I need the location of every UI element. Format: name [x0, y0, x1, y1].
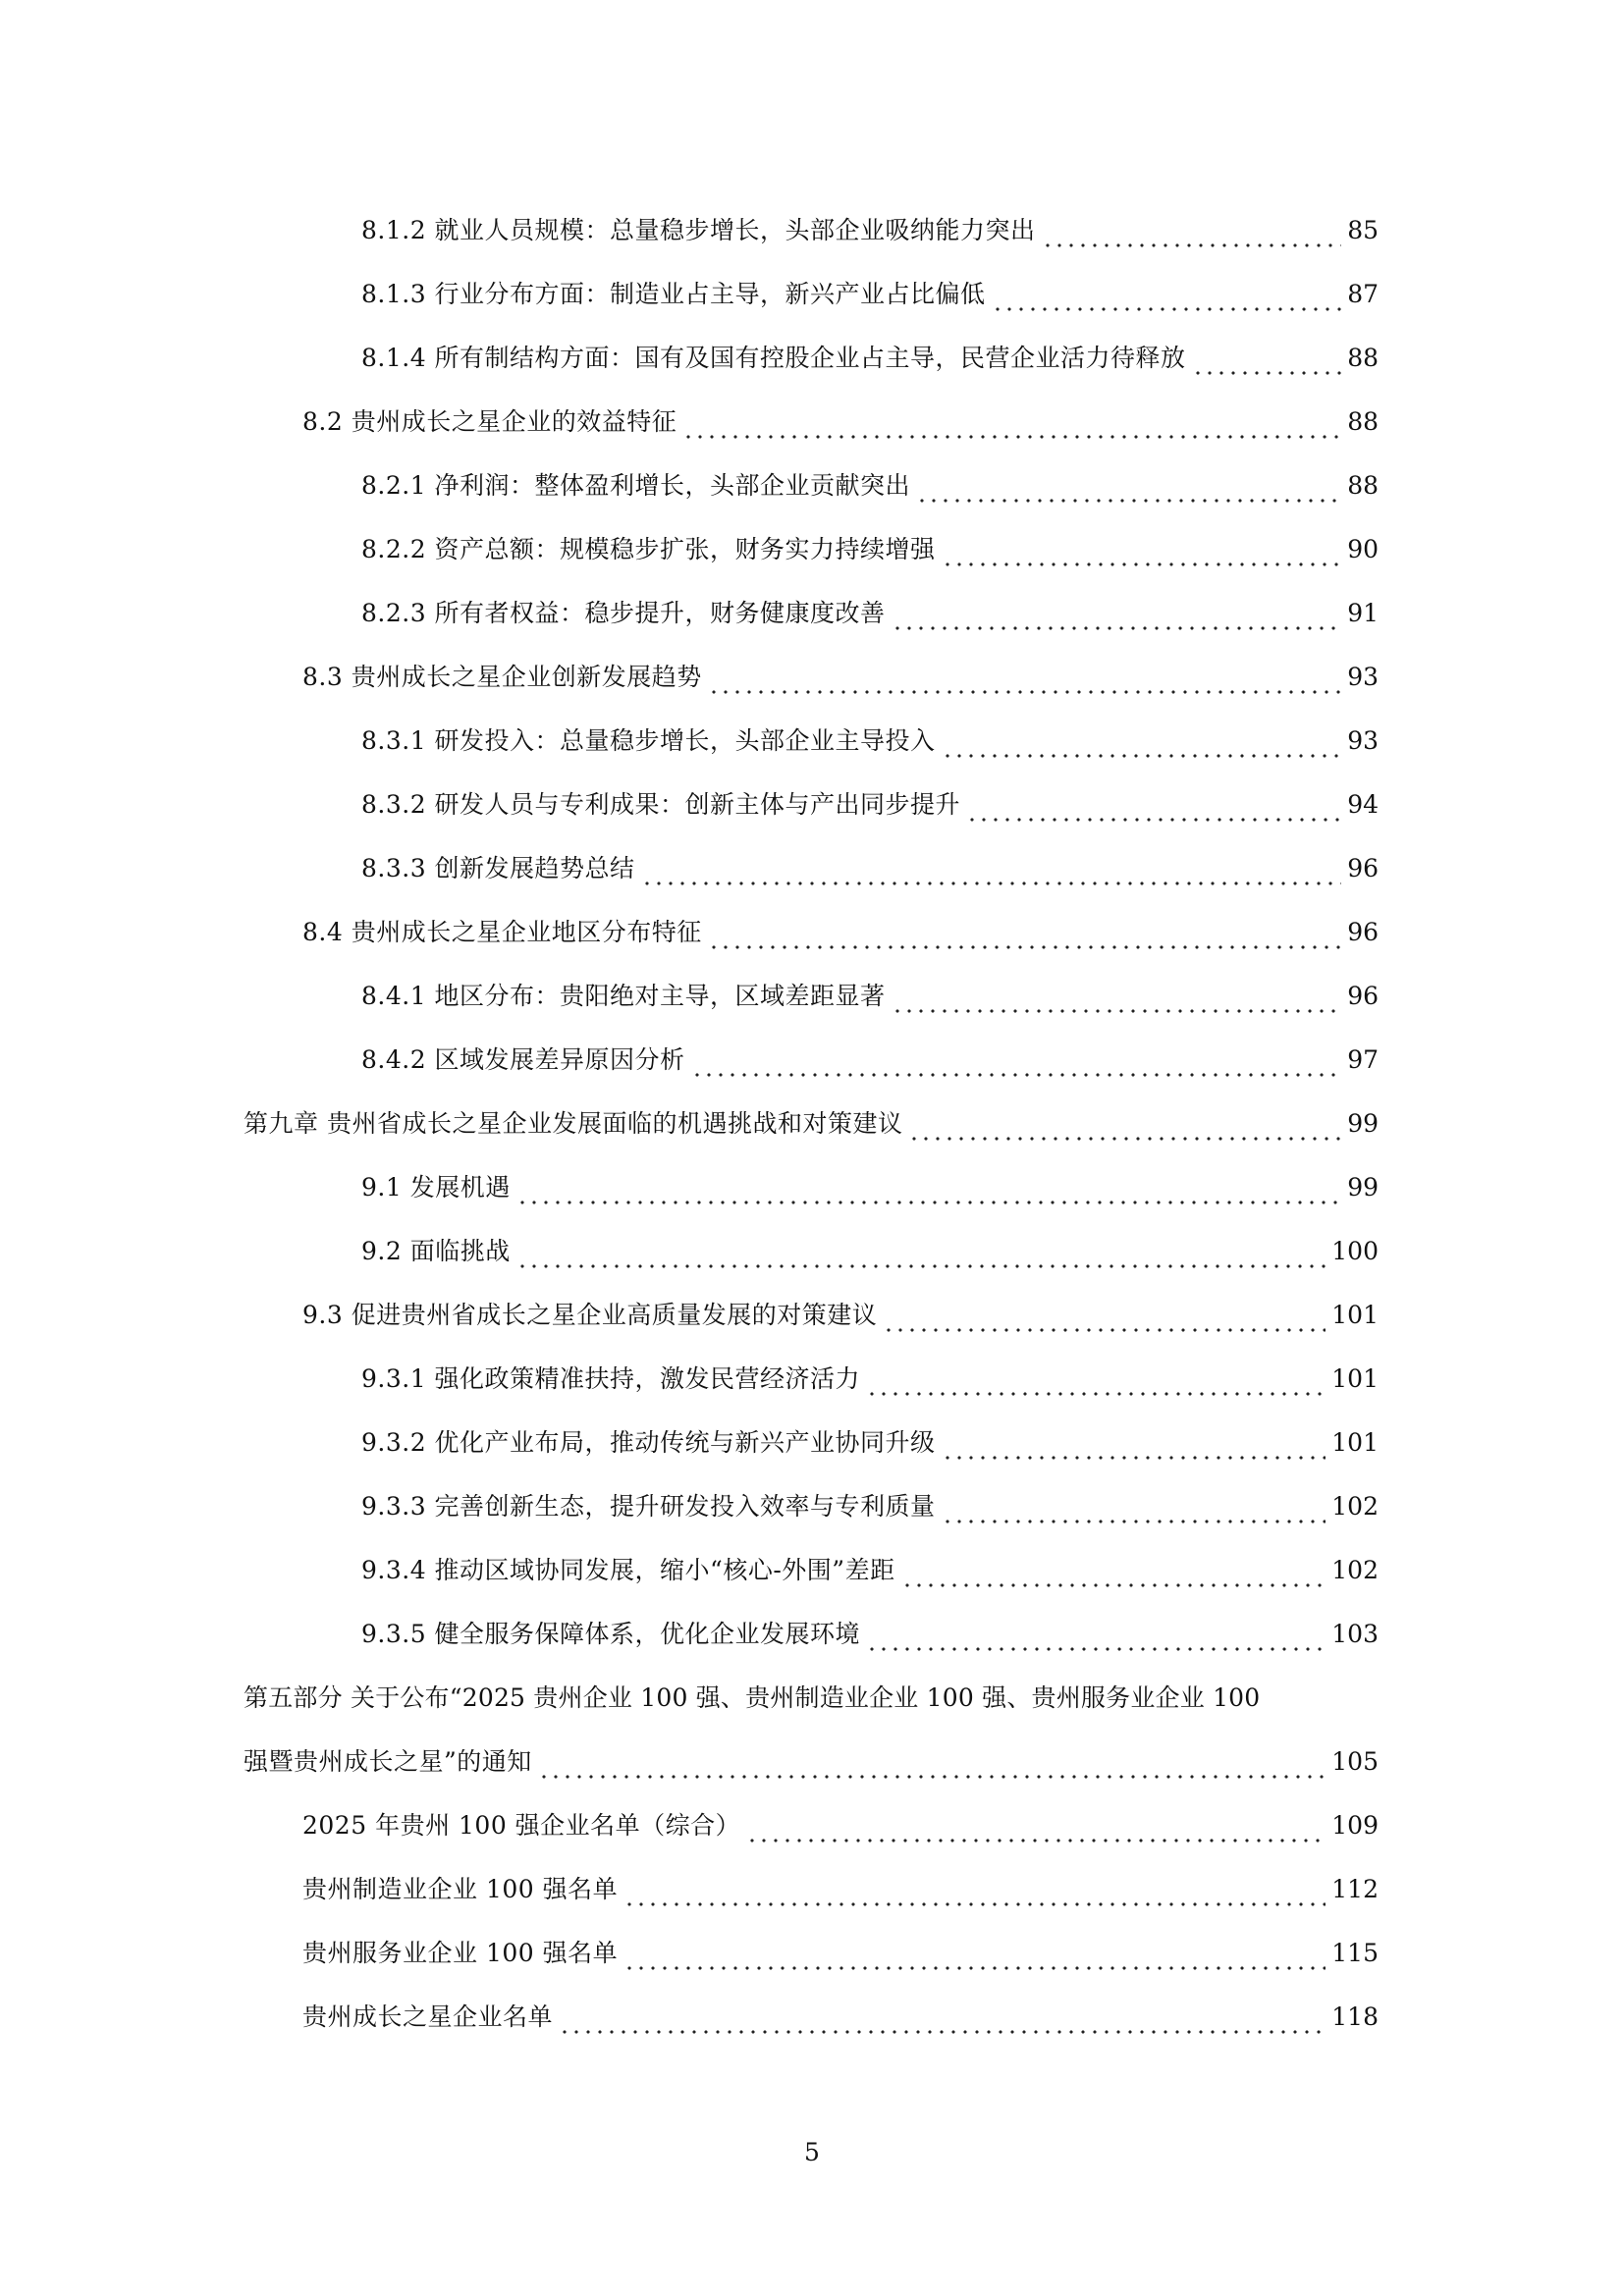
document-page: 8.1.2 就业人员规模：总量稳步增长，头部企业吸纳能力突出 85 8.1.3 …: [0, 0, 1624, 2296]
dot-leader: [746, 1793, 1326, 1857]
toc-entry-page: 118: [1331, 1985, 1379, 2049]
toc-entry-page: 102: [1331, 1538, 1379, 1602]
toc-entry[interactable]: 9.1 发展机遇 99: [244, 1155, 1379, 1219]
toc-part-title-line1: 第五部分 关于公布“2025 贵州企业 100 强、贵州制造业企业 100 强、…: [244, 1666, 1379, 1730]
toc-entry[interactable]: 8.3.3 创新发展趋势总结 96: [244, 836, 1379, 900]
toc-entry-title: 8.1.4 所有制结构方面：国有及国有控股企业占主导，民营企业活力待释放: [361, 326, 1186, 390]
toc-entry-title: 8.2.2 资产总额：规模稳步扩张，财务实力持续增强: [361, 517, 936, 581]
toc-entry[interactable]: 8.2.3 所有者权益：稳步提升，财务健康度改善 91: [244, 581, 1379, 645]
toc-entry-title: 9.3.3 完善创新生态，提升研发投入效率与专利质量: [361, 1474, 936, 1538]
toc-entry[interactable]: 8.3.1 研发投入：总量稳步增长，头部企业主导投入 93: [244, 709, 1379, 773]
toc-entry-page: 99: [1347, 1155, 1379, 1219]
toc-entry[interactable]: 8.3.2 研发人员与专利成果：创新主体与产出同步提升 94: [244, 773, 1379, 836]
toc-entry-title: 8.3.1 研发投入：总量稳步增长，头部企业主导投入: [361, 709, 936, 773]
toc-part-entry[interactable]: 第五部分 关于公布“2025 贵州企业 100 强、贵州制造业企业 100 强、…: [244, 1666, 1379, 1793]
toc-entry[interactable]: 9.3.2 优化产业布局，推动传统与新兴产业协同升级 101: [244, 1411, 1379, 1474]
toc-entry-page: 115: [1331, 1921, 1379, 1985]
toc-entry-title: 9.3.5 健全服务保障体系，优化企业发展环境: [361, 1602, 860, 1666]
dot-leader: [942, 517, 1342, 581]
dot-leader: [623, 1857, 1326, 1921]
toc-entry[interactable]: 8.2.1 净利润：整体盈利增长，头部企业贡献突出 88: [244, 454, 1379, 517]
dot-leader: [892, 964, 1342, 1028]
toc-entry-title: 8.3 贵州成长之星企业创新发展趋势: [302, 645, 702, 709]
toc-entry-page: 94: [1347, 773, 1379, 836]
toc-entry-page: 101: [1331, 1411, 1379, 1474]
toc-entry[interactable]: 8.4 贵州成长之星企业地区分布特征 96: [244, 900, 1379, 964]
toc-entry-page: 93: [1347, 709, 1379, 773]
toc-entry-title: 8.1.3 行业分布方面：制造业占主导，新兴产业占比偏低: [361, 262, 986, 326]
toc-entry[interactable]: 8.1.3 行业分布方面：制造业占主导，新兴产业占比偏低 87: [244, 262, 1379, 326]
toc-entry-title: 2025 年贵州 100 强企业名单（综合）: [302, 1793, 740, 1857]
toc-entry[interactable]: 9.3.1 强化政策精准扶持，激发民营经济活力 101: [244, 1347, 1379, 1411]
toc-entry-title: 8.2 贵州成长之星企业的效益特征: [302, 390, 677, 454]
toc-entry-title: 贵州制造业企业 100 强名单: [302, 1857, 618, 1921]
dot-leader: [966, 773, 1341, 836]
dot-leader: [682, 390, 1341, 454]
toc-entry[interactable]: 9.3 促进贵州省成长之星企业高质量发展的对策建议 101: [244, 1283, 1379, 1347]
toc-entry[interactable]: 8.2.2 资产总额：规模稳步扩张，财务实力持续增强 90: [244, 517, 1379, 581]
toc-entry-title: 贵州成长之星企业名单: [302, 1985, 553, 2049]
toc-entry-title: 8.4 贵州成长之星企业地区分布特征: [302, 900, 702, 964]
dot-leader: [623, 1921, 1326, 1985]
dot-leader: [992, 262, 1342, 326]
toc-entry-title: 8.2.1 净利润：整体盈利增长，头部企业贡献突出: [361, 454, 910, 517]
toc-entry[interactable]: 贵州制造业企业 100 强名单 112: [244, 1857, 1379, 1921]
toc-entry[interactable]: 9.3.5 健全服务保障体系，优化企业发展环境 103: [244, 1602, 1379, 1666]
toc-entry-page: 88: [1347, 326, 1379, 390]
toc-entry-page: 103: [1331, 1602, 1379, 1666]
toc-entry-title: 9.1 发展机遇: [361, 1155, 511, 1219]
toc-entry-page: 109: [1331, 1793, 1379, 1857]
dot-leader: [942, 709, 1342, 773]
toc-entry-title: 8.2.3 所有者权益：稳步提升，财务健康度改善: [361, 581, 886, 645]
toc-entry-title: 8.4.1 地区分布：贵阳绝对主导，区域差距显著: [361, 964, 886, 1028]
toc-entry-page: 88: [1347, 390, 1379, 454]
dot-leader: [901, 1538, 1326, 1602]
dot-leader: [1192, 326, 1342, 390]
toc-entry-title: 贵州服务业企业 100 强名单: [302, 1921, 618, 1985]
dot-leader: [866, 1347, 1326, 1411]
toc-entry[interactable]: 8.4.1 地区分布：贵阳绝对主导，区域差距显著 96: [244, 964, 1379, 1028]
toc-entry-page: 87: [1347, 262, 1379, 326]
toc-entry[interactable]: 贵州服务业企业 100 强名单 115: [244, 1921, 1379, 1985]
toc-entry[interactable]: 9.2 面临挑战 100: [244, 1219, 1379, 1283]
toc-entry-page: 102: [1331, 1474, 1379, 1538]
toc-entry-page: 88: [1347, 454, 1379, 517]
toc-entry-page: 101: [1331, 1347, 1379, 1411]
dot-leader: [942, 1474, 1326, 1538]
dot-leader: [916, 454, 1341, 517]
toc-part-title-line2-row: 强暨贵州成长之星”的通知 105: [244, 1730, 1379, 1793]
dot-leader: [908, 1092, 1341, 1155]
dot-leader: [691, 1028, 1342, 1092]
toc-entry-page: 91: [1347, 581, 1379, 645]
toc-entry-page: 93: [1347, 645, 1379, 709]
dot-leader: [516, 1155, 1341, 1219]
toc-entry[interactable]: 9.3.4 推动区域协同发展，缩小“核心-外围”差距 102: [244, 1538, 1379, 1602]
toc-entry-title: 9.3.2 优化产业布局，推动传统与新兴产业协同升级: [361, 1411, 936, 1474]
dot-leader: [516, 1219, 1326, 1283]
dot-leader: [708, 900, 1341, 964]
dot-leader: [1042, 198, 1342, 262]
toc-entry-page: 96: [1347, 900, 1379, 964]
toc-entry[interactable]: 贵州成长之星企业名单 118: [244, 1985, 1379, 2049]
toc-part-title-line2: 强暨贵州成长之星”的通知: [244, 1730, 532, 1793]
toc-entry-page: 85: [1347, 198, 1379, 262]
toc-entry-page: 90: [1347, 517, 1379, 581]
toc-entry-page: 101: [1331, 1283, 1379, 1347]
toc-entry-page: 100: [1331, 1219, 1379, 1283]
toc-entry[interactable]: 8.2 贵州成长之星企业的效益特征 88: [244, 390, 1379, 454]
toc-entry[interactable]: 2025 年贵州 100 强企业名单（综合） 109: [244, 1793, 1379, 1857]
toc-entry-page: 99: [1347, 1092, 1379, 1155]
dot-leader: [708, 645, 1341, 709]
dot-leader: [866, 1602, 1326, 1666]
page-number: 5: [0, 2138, 1624, 2166]
toc-entry-page: 96: [1347, 836, 1379, 900]
toc-entry-page: 96: [1347, 964, 1379, 1028]
dot-leader: [559, 1985, 1326, 2049]
dot-leader: [892, 581, 1342, 645]
dot-leader: [538, 1730, 1326, 1793]
toc-entry-title: 9.3.1 强化政策精准扶持，激发民营经济活力: [361, 1347, 860, 1411]
toc-entry-page: 112: [1331, 1857, 1379, 1921]
toc-entry-title: 9.3.4 推动区域协同发展，缩小“核心-外围”差距: [361, 1538, 895, 1602]
table-of-contents: 8.1.2 就业人员规模：总量稳步增长，头部企业吸纳能力突出 85 8.1.3 …: [244, 198, 1379, 2049]
toc-entry-title: 9.2 面临挑战: [361, 1219, 511, 1283]
toc-entry[interactable]: 8.1.2 就业人员规模：总量稳步增长，头部企业吸纳能力突出 85: [244, 198, 1379, 262]
toc-entry-title: 8.4.2 区域发展差异原因分析: [361, 1028, 685, 1092]
dot-leader: [883, 1283, 1326, 1347]
toc-entry-page: 97: [1347, 1028, 1379, 1092]
toc-entry[interactable]: 8.3 贵州成长之星企业创新发展趋势 93: [244, 645, 1379, 709]
toc-entry-title: 8.1.2 就业人员规模：总量稳步增长，头部企业吸纳能力突出: [361, 198, 1036, 262]
dot-leader: [942, 1411, 1326, 1474]
toc-entry[interactable]: 8.4.2 区域发展差异原因分析 97: [244, 1028, 1379, 1092]
toc-entry-title: 8.3.3 创新发展趋势总结: [361, 836, 635, 900]
toc-entry[interactable]: 9.3.3 完善创新生态，提升研发投入效率与专利质量 102: [244, 1474, 1379, 1538]
toc-entry-title: 9.3 促进贵州省成长之星企业高质量发展的对策建议: [302, 1283, 877, 1347]
toc-entry-title: 第九章 贵州省成长之星企业发展面临的机遇挑战和对策建议: [244, 1092, 902, 1155]
toc-entry[interactable]: 8.1.4 所有制结构方面：国有及国有控股企业占主导，民营企业活力待释放 88: [244, 326, 1379, 390]
toc-entry-page: 105: [1331, 1730, 1379, 1793]
dot-leader: [641, 836, 1342, 900]
toc-entry-title: 8.3.2 研发人员与专利成果：创新主体与产出同步提升: [361, 773, 960, 836]
toc-chapter-entry[interactable]: 第九章 贵州省成长之星企业发展面临的机遇挑战和对策建议 99: [244, 1092, 1379, 1155]
